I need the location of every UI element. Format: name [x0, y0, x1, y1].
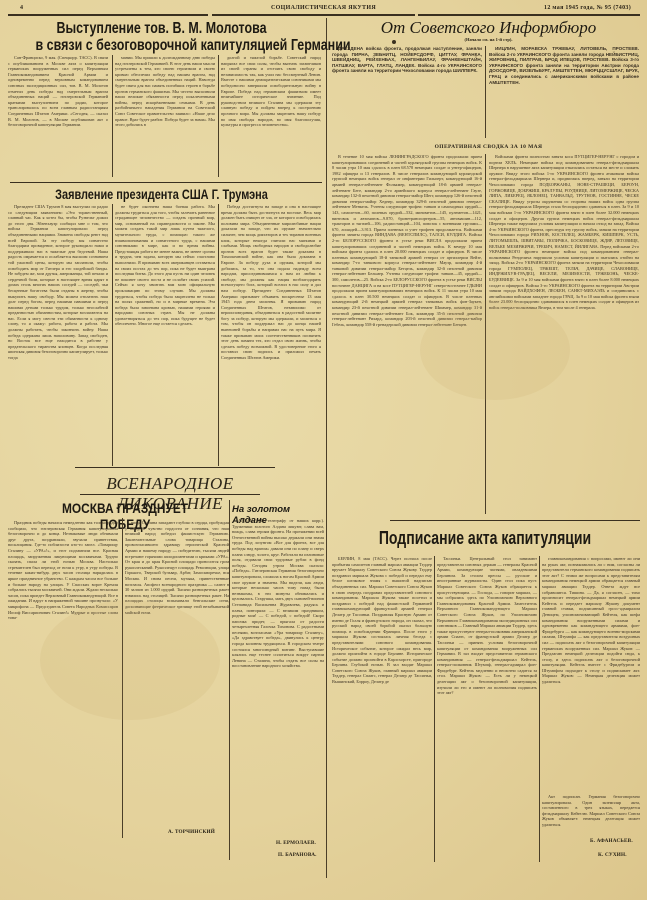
truman-column-1: Президент США Трумэн 8 мая выступил по р… [8, 204, 108, 466]
molotov-headline: Выступление тов. В. М. Молотова в связи … [36, 20, 288, 54]
molotov-column-1: Сан-Франциско, 9 мая. (Спецкорр. ТАСС). … [8, 55, 108, 177]
column-rule [122, 518, 123, 838]
sovinformburo-headline: От Советского Информбюро [330, 18, 647, 38]
issue-date: 12 мая 1945 года, № 95 (7403) [544, 5, 631, 11]
aldan-signature-2: П. БАРАНОВА. [278, 852, 317, 858]
truman-column-2: не будет окончена наша боевая работа. Мы… [115, 204, 215, 466]
column-rule [229, 500, 230, 860]
molotov-column-2: мании. Мы пришли к долгожданному дню поб… [115, 55, 215, 177]
section-rule [80, 494, 260, 495]
capitulation-column-2: Тассиньи. Центральный стол занимают пред… [437, 556, 537, 862]
masthead-rule-center [212, 14, 415, 16]
truman-column-3: Победа достигнута на западе и она в наст… [221, 204, 321, 466]
molotov-headline-line1: Выступление тов. В. М. Молотова [36, 20, 288, 37]
column-rule [218, 55, 219, 177]
capitulation-headline: Подписание акта капитуляции [372, 528, 598, 548]
aldan-column: АЛДАН. (По телеграфу от наших корр.). Тр… [232, 518, 324, 840]
capitulation-signature-2: К. СУХИН. [598, 852, 627, 858]
truman-headline: Заявление президента США Г. Трумэна [36, 186, 288, 202]
svodka-column-2: Войсками фронта полностью занята коса ПУ… [489, 154, 639, 514]
capitulation-column-3: главнокомандования с вопросами, имеют ли… [542, 556, 640, 792]
sovinformburo-column-1: ДРЕЗДЕНА войска фронта, продолжая наступ… [332, 46, 482, 140]
column-rule [485, 154, 486, 514]
column-rule [112, 55, 113, 177]
moscow-signature: А. ТОРЧИНСКИЙ [168, 829, 215, 835]
moscow-column-2: рища Сталина западают глубоко в сердца, … [125, 520, 229, 816]
sovinformburo-subhead: (Начало см. на 1-й стр). [330, 37, 647, 42]
column-rule [485, 46, 486, 138]
masthead-rule-left [8, 14, 208, 16]
molotov-column-3: долгой и тяжелой борьбе. Советский народ… [221, 55, 321, 177]
column-rule [539, 556, 540, 862]
capitulation-signature-1: Б. АФАНАСЬЕВ. [590, 838, 633, 844]
page-column-divider [326, 18, 327, 878]
capitulation-column-4: Акт подписан. Германия безоговорочно кап… [542, 794, 640, 834]
newspaper-page: 4 СОЦИАЛИСТИЧЕСКАЯ ЯКУТИЯ 12 мая 1945 го… [0, 0, 647, 900]
column-rule [112, 204, 113, 466]
section-rule [75, 467, 275, 468]
column-rule [218, 204, 219, 466]
column-rule [434, 556, 435, 862]
svodka-headline: ОПЕРАТИВНАЯ СВОДКА ЗА 10 МАЯ [330, 144, 647, 150]
capitulation-column-1: БЕРЛИН, 8 мая (ТАСС). Через полчаса посл… [332, 556, 432, 862]
svodka-column-1: В течение 10 мая войска ЛЕНИНГРАДСКОГО ф… [332, 154, 482, 514]
moscow-column-1: Праздник победы начался немедленно как т… [8, 520, 118, 830]
molotov-headline-line2: в связи с безоговорочной капитуляцией Ге… [36, 37, 288, 54]
masthead: 4 СОЦИАЛИСТИЧЕСКАЯ ЯКУТИЯ 12 мая 1945 го… [6, 3, 641, 14]
section-rule [10, 182, 322, 183]
section-rule [390, 520, 640, 521]
aldan-signature-1: Н. ЕРМОЛАЕВ. [276, 840, 316, 846]
masthead-rule-right [418, 14, 640, 16]
sovinformburo-column-2: ИИЦЛИН, МОРАВСКА ТРЖЕБАУ, ЛИТОВЕЛЬ, ПРОС… [489, 46, 639, 140]
